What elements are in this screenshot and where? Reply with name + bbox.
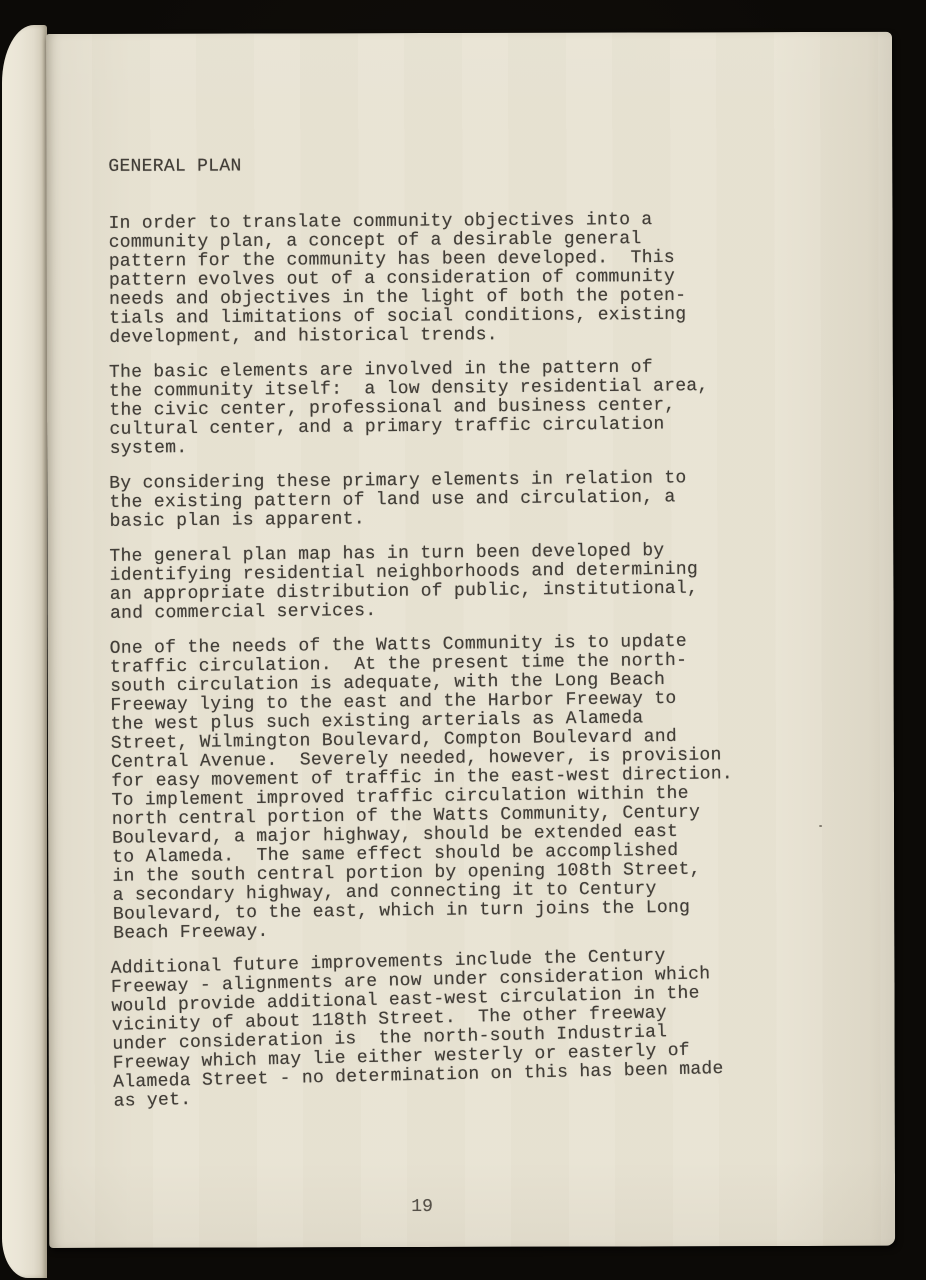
page-heading: GENERAL PLAN (108, 156, 808, 177)
document-page: GENERAL PLAN In order to translate commu… (46, 32, 895, 1248)
photo-background: GENERAL PLAN In order to translate commu… (0, 0, 926, 1280)
paragraph-1: In order to translate community objectiv… (108, 210, 809, 348)
page-number: 19 (392, 1198, 452, 1217)
paragraph-4: The general plan map has in turn been de… (109, 541, 810, 624)
paragraph-6: Additional future improvements include t… (110, 944, 813, 1112)
typewritten-text-block: GENERAL PLAN In order to translate commu… (108, 156, 811, 1128)
paragraph-5: One of the needs of the Watts Community … (110, 631, 814, 944)
paragraph-2: The basic elements are involved in the p… (109, 357, 810, 459)
paragraph-3: By considering these primary elements in… (109, 468, 810, 532)
ink-speck (819, 825, 822, 827)
book-page-edge-stack (2, 25, 47, 1278)
